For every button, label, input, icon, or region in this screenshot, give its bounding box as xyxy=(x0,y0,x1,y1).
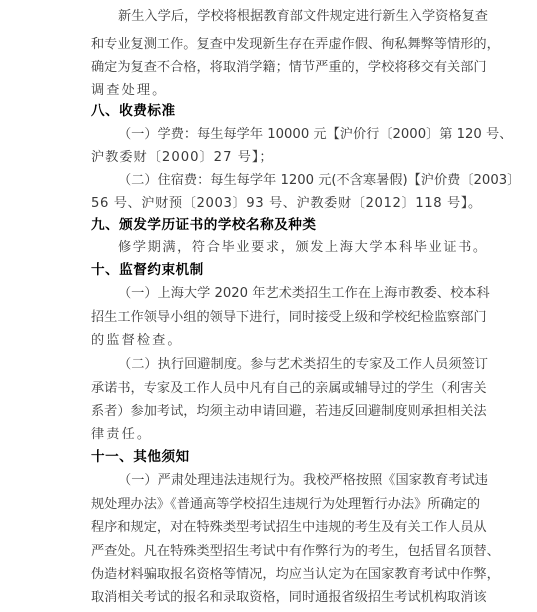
paragraph-line: 系者）参加考试，均须主动申请回避，若违反回避制度则承担相关法 xyxy=(91,404,461,420)
paragraph-line: （二）执行回避制度。参与艺术类招生的专家及工作人员须签订 xyxy=(91,357,488,373)
paragraph-line: 确定为复查不合格，将取消学籍；情节严重的，学校将移交有关部门 xyxy=(91,60,461,76)
paragraph-line: 程序和规定，对在特殊类型考试招生中违规的考生及有关工作人员从 xyxy=(91,520,461,536)
section-heading-fees: 八、收费标准 xyxy=(91,103,461,119)
paragraph-line: 修学期满，符合毕业要求，颁发上海大学本科毕业证书。 xyxy=(91,240,488,256)
paragraph-line: 沪教委财〔2000〕27 号】； xyxy=(91,150,461,166)
paragraph-line: 和专业复测工作。复查中发现新生存在弄虚作假、徇私舞弊等情形的， xyxy=(91,37,461,53)
paragraph-line: （一）严肃处理违法违规行为。我校严格按照《国家教育考试违 xyxy=(91,473,488,489)
paragraph-line: 招生工作领导小组的领导下进行，同时接受上级和学校纪检监察部门 xyxy=(91,310,461,326)
paragraph-line: （一）学费：每生每学年 10000 元【沪价行〔2000〕第 120 号、 xyxy=(91,127,488,143)
paragraph-line: 56 号、沪财预〔2003〕93 号、沪教委财〔2012〕118 号】。 xyxy=(91,196,461,212)
section-heading-supervision: 十、监督约束机制 xyxy=(91,262,461,278)
paragraph-line: 新生入学后，学校将根据教育部文件规定进行新生入学资格复查 xyxy=(91,9,488,25)
paragraph-line: 的监督检查。 xyxy=(91,333,461,349)
paragraph-line: 律责任。 xyxy=(91,427,461,443)
paragraph-line: 规处理办法》《普通高等学校招生违规行为处理暂行办法》所确定的 xyxy=(91,497,461,513)
section-heading-certificate: 九、颁发学历证书的学校名称及种类 xyxy=(91,217,461,233)
paragraph-line: 伪造材料骗取报名资格等情况，均应当认定为在国家教育考试中作弊， xyxy=(91,567,461,583)
paragraph-line: （二）住宿费：每生每学年 1200 元(不含寒暑假)【沪价费〔2003〕 xyxy=(91,173,488,189)
paragraph-line: （一）上海大学 2020 年艺术类招生工作在上海市教委、校本科 xyxy=(91,286,488,302)
paragraph-line: 严查处。凡在特殊类型招生考试中有作弊行为的考生，包括冒名顶替、 xyxy=(91,544,461,560)
paragraph-line: 取消相关考试的报名和录取资格，同时通报省级招生考试机构取消该 xyxy=(91,590,461,606)
section-heading-other-notes: 十一、其他须知 xyxy=(91,449,461,465)
paragraph-line: 调查处理。 xyxy=(91,83,461,99)
paragraph-line: 承诺书，专家及工作人员中凡有自己的亲属或辅导过的学生（利害关 xyxy=(91,381,461,397)
